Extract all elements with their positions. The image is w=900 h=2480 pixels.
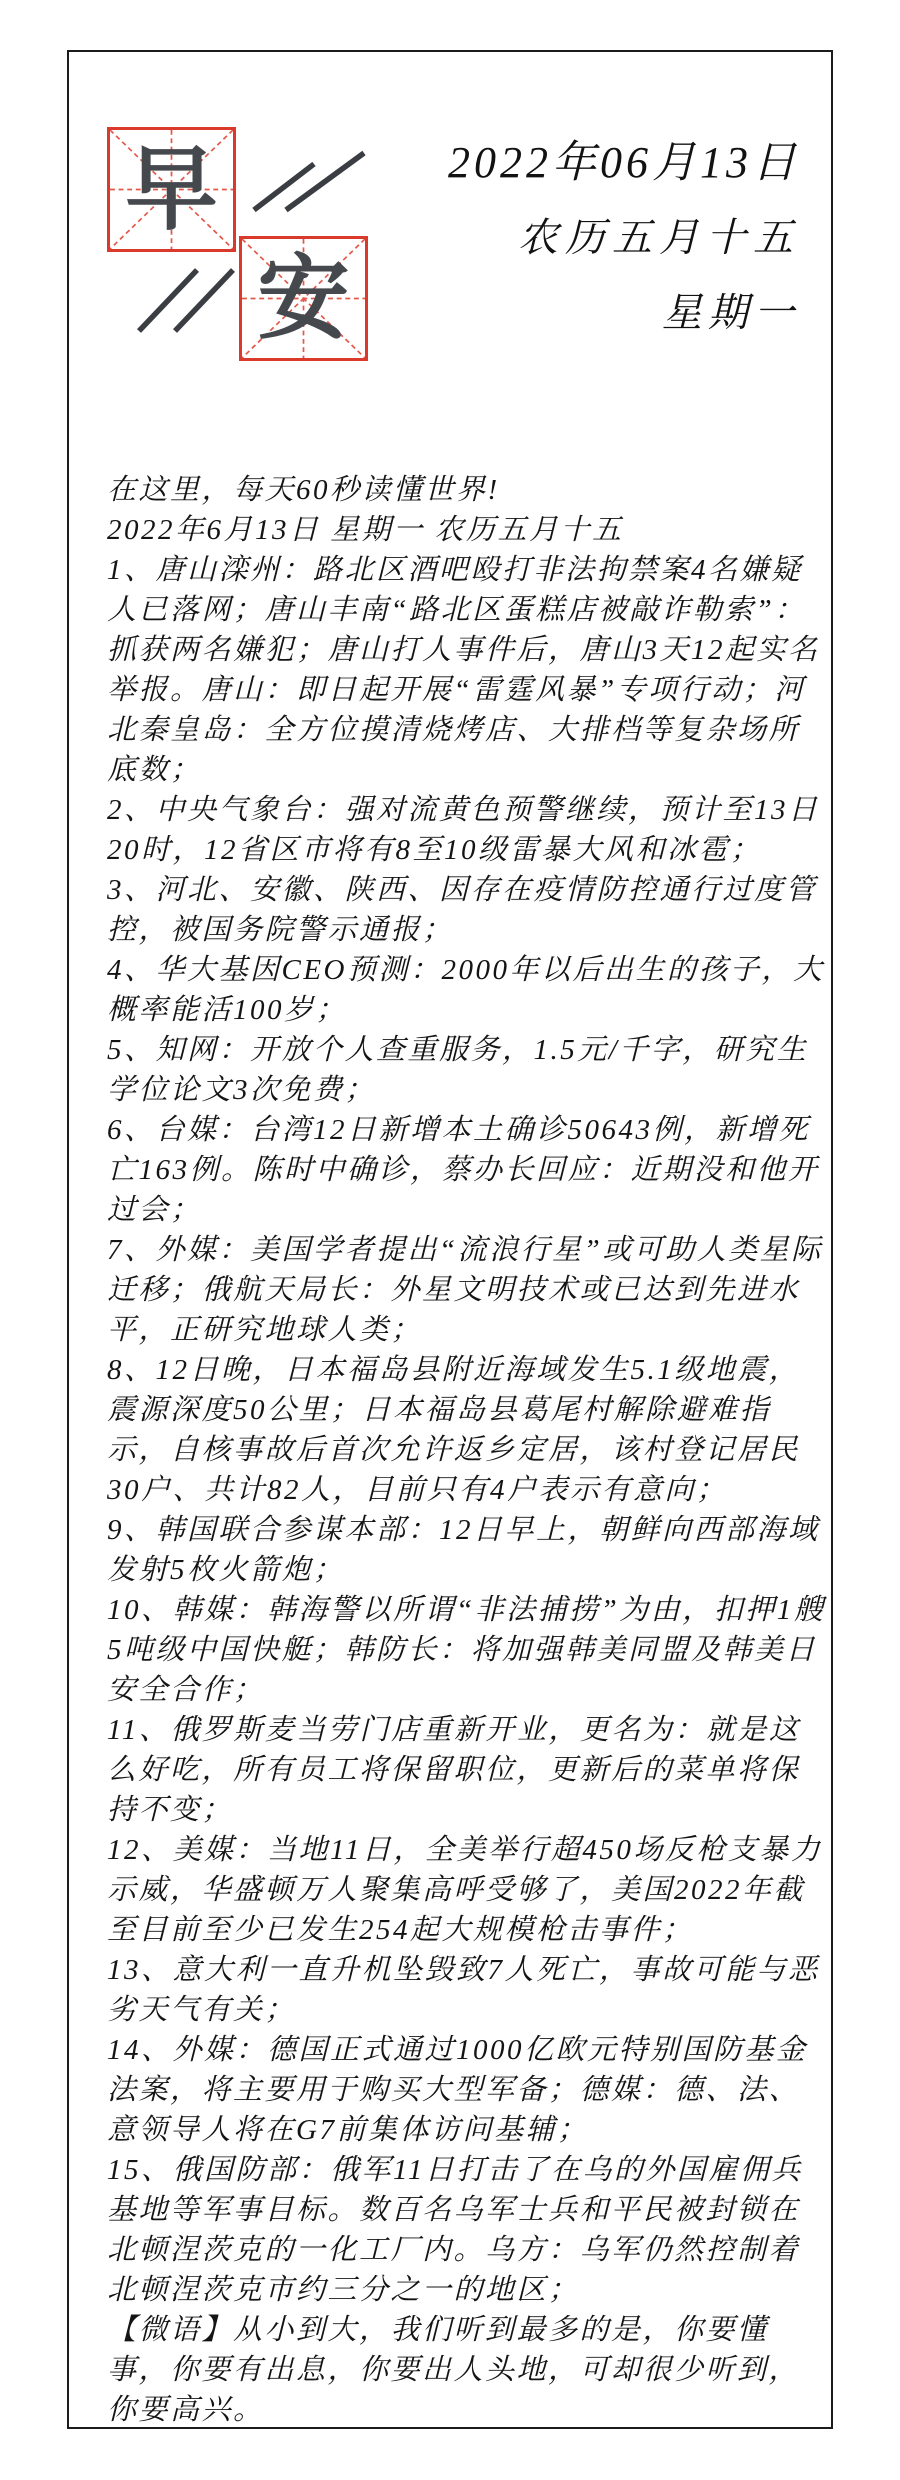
news-item-15: 15、俄国防部：俄军11日打击了在乌的外国雇佣兵基地等军事目标。数百名乌军士兵和… bbox=[107, 2150, 831, 2310]
news-item-11: 11、俄罗斯麦当劳门店重新开业，更名为：就是这么好吃，所有员工将保留职位，更新后… bbox=[107, 1710, 831, 1830]
quote-line: 【微语】从小到大，我们听到最多的是，你要懂事，你要有出息，你要出人头地，可却很少… bbox=[107, 2310, 831, 2430]
news-item-13: 13、意大利一直升机坠毁致7人死亡，事故可能与恶劣天气有关； bbox=[107, 1950, 831, 2030]
news-item-3: 3、河北、安徽、陕西、因存在疫情防控通行过度管控，被国务院警示通报； bbox=[107, 870, 831, 950]
an-character: 安 bbox=[242, 239, 365, 358]
news-item-2: 2、中央气象台：强对流黄色预警继续，预计至13日20时，12省区市将有8至10级… bbox=[107, 790, 831, 870]
news-item-9: 9、韩国联合参谋本部：12日早上，朝鲜向西部海域发射5枚火箭炮； bbox=[107, 1510, 831, 1590]
news-item-7: 7、外媒：美国学者提出“流浪行星”或可助人类星际迁移；俄航天局长：外星文明技术或… bbox=[107, 1230, 831, 1350]
double-slash-icon bbox=[135, 265, 237, 335]
news-item-1: 1、唐山滦州：路北区酒吧殴打非法拘禁案4名嫌疑人已落网；唐山丰南“路北区蛋糕店被… bbox=[107, 550, 831, 790]
weekday: 星期一 bbox=[448, 291, 800, 335]
date-line: 2022年6月13日 星期一 农历五月十五 bbox=[107, 510, 831, 550]
date-header: 2022年06月13日 农历五月十五 星期一 bbox=[448, 140, 800, 335]
double-slash-icon bbox=[250, 148, 368, 214]
news-item-10: 10、韩媒：韩海警以所谓“非法捕捞”为由，扣押1艘5吨级中国快艇；韩防长：将加强… bbox=[107, 1590, 831, 1710]
zao-character: 早 bbox=[110, 130, 233, 249]
lunar-date: 农历五月十五 bbox=[448, 216, 800, 260]
an-character-box: 安 bbox=[239, 236, 368, 361]
intro-line: 在这里，每天60秒读懂世界! bbox=[107, 470, 831, 510]
news-item-14: 14、外媒：德国正式通过1000亿欧元特别国防基金法案，将主要用于购买大型军备；… bbox=[107, 2030, 831, 2150]
zao-character-box: 早 bbox=[107, 127, 236, 252]
news-item-4: 4、华大基因CEO预测：2000年以后出生的孩子，大概率能活100岁； bbox=[107, 950, 831, 1030]
page-border: 早 安 2022年06月13日 农历五月十五 星期一 bbox=[67, 50, 833, 2429]
news-item-8: 8、12日晚，日本福岛县附近海域发生5.1级地震，震源深度50公里；日本福岛县葛… bbox=[107, 1350, 831, 1510]
news-content: 在这里，每天60秒读懂世界! 2022年6月13日 星期一 农历五月十五 1、唐… bbox=[107, 470, 831, 2430]
news-item-5: 5、知网：开放个人查重服务，1.5元/千字，研究生学位论文3次免费； bbox=[107, 1030, 831, 1110]
news-item-6: 6、台媒：台湾12日新增本土确诊50643例，新增死亡163例。陈时中确诊，蔡办… bbox=[107, 1110, 831, 1230]
gregorian-date: 2022年06月13日 bbox=[448, 140, 800, 186]
news-item-12: 12、美媒：当地11日，全美举行超450场反枪支暴力示威，华盛顿万人聚集高呼受够… bbox=[107, 1830, 831, 1950]
